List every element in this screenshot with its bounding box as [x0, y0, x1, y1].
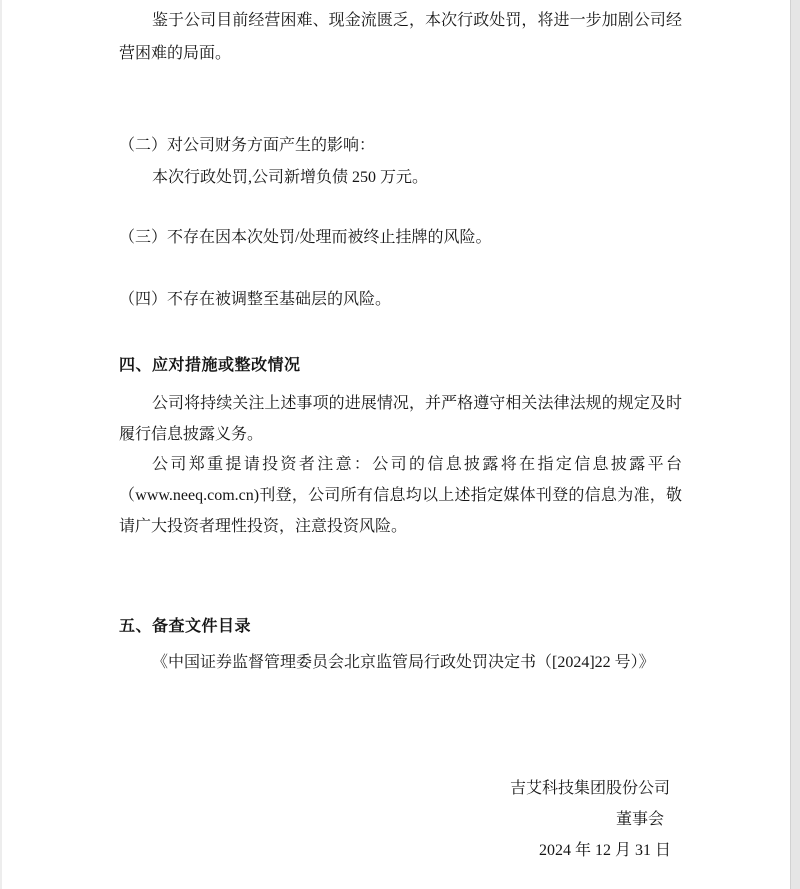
document-page: 鉴于公司目前经营困难、现金流匮乏，本次行政处罚，将进一步加剧公司经 营困难的局面…: [0, 0, 800, 889]
page-right-gutter: [790, 0, 800, 889]
section-4-paragraph2-line2: （www.neeq.com.cn)刊登，公司所有信息均以上述指定媒体刊登的信息为…: [119, 486, 682, 506]
section-5-heading: 五、备查文件目录: [119, 617, 682, 637]
section-5-document-item: 《中国证券监督管理委员会北京监管局行政处罚决定书（[2024]22 号）》: [119, 653, 682, 673]
section-4-paragraph2-line3: 请广大投资者理性投资，注意投资风险。: [119, 517, 682, 537]
item-2-title: （二）对公司财务方面产生的影响：: [119, 136, 682, 156]
page-left-edge: [0, 0, 2, 889]
paragraph-impact-operations-line1: 鉴于公司目前经营困难、现金流匮乏，本次行政处罚，将进一步加剧公司经: [119, 11, 682, 31]
item-2-body: 本次行政处罚,公司新增负债 250 万元。: [119, 168, 682, 188]
section-4-paragraph1-line1: 公司将持续关注上述事项的进展情况，并严格遵守相关法律法规的规定及时: [119, 394, 682, 414]
section-4-heading: 四、应对措施或整改情况: [119, 356, 682, 376]
item-3-text: （三）不存在因本次处罚/处理而被终止挂牌的风险。: [119, 228, 682, 248]
section-4-paragraph2-line1: 公司郑重提请投资者注意：公司的信息披露将在指定信息披露平台: [119, 455, 682, 475]
signature-date: 2024 年 12 月 31 日: [539, 841, 671, 861]
paragraph-impact-operations-line2: 营困难的局面。: [119, 44, 682, 64]
section-4-paragraph1-line2: 履行信息披露义务。: [119, 425, 682, 445]
item-4-text: （四）不存在被调整至基础层的风险。: [119, 290, 682, 310]
signature-board: 董事会: [616, 810, 664, 830]
signature-company-name: 吉艾科技集团股份公司: [510, 779, 670, 799]
